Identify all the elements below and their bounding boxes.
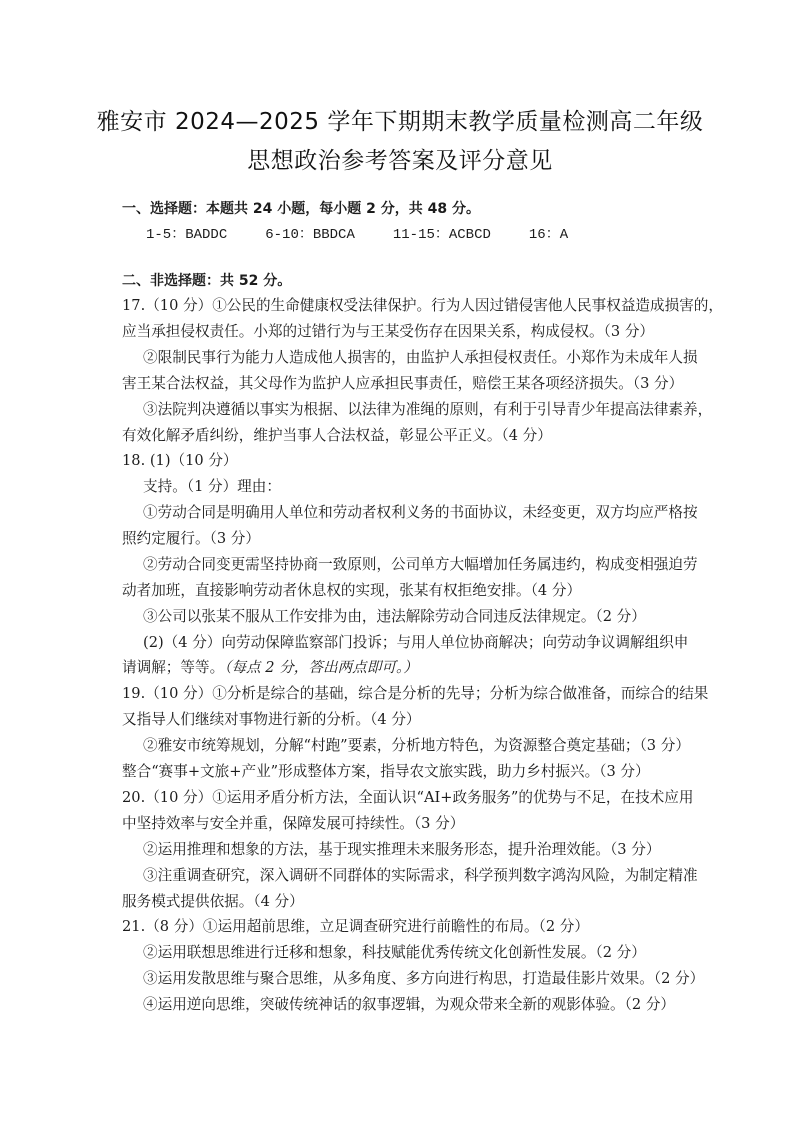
- answer-group-6-10: 6-10：BBDCA: [265, 225, 355, 245]
- answer-range: 16：: [529, 225, 560, 245]
- q19-line-3: ②雅安市统筹规划，分解“村跑”要素，分析地方特色，为资源整合奠定基础；（3 分）: [143, 736, 690, 756]
- q18-line-8: (2)（4 分）向劳动保障监察部门投诉；与用人单位协商解决；向劳动争议调解组织申: [143, 633, 688, 653]
- section2-heading: 二、非选择题：共 52 分。: [122, 271, 291, 291]
- q21-line-2: ②运用联想思维进行迁移和想象，科技赋能优秀传统文化创新性发展。（2 分）: [143, 943, 646, 963]
- q17-line-5: ③法院判决遵循以事实为根据、以法律为准绳的原则，有利于引导青少年提高法律素养，: [143, 400, 712, 420]
- q17-line-4: 害王某合法权益，其父母作为监护人应承担民事责任，赔偿王某各项经济损失。（3 分）: [122, 374, 683, 394]
- q18-line-9-text: 请调解；等等。: [122, 659, 224, 676]
- q18-line-2: 支持。（1 分）理由：: [143, 477, 281, 497]
- q20-line-2: 中坚持效率与安全并重，保障发展可持续性。（3 分）: [122, 814, 464, 834]
- choice-answers-row: 1-5：BADDC6-10：BBDCA11-15：ACBCD16：A: [146, 225, 568, 245]
- q20-line-1: 20.（10 分）①运用矛盾分析方法，全面认识“AI+政务服务”的优势与不足，在…: [122, 788, 693, 808]
- q20-line-4: ③注重调查研究，深入调研不同群体的实际需求，科学预判数字鸿沟风险，为制定精准: [143, 866, 698, 886]
- document-subtitle: 思想政治参考答案及评分意见: [0, 142, 800, 175]
- answer-key-page: 雅安市 2024—2025 学年下期期末教学质量检测高二年级 思想政治参考答案及…: [0, 0, 800, 1131]
- q19-line-2: 又指导人们继续对事物进行新的分析。（4 分）: [122, 710, 421, 730]
- section1-heading: 一、选择题：本题共 24 小题，每小题 2 分，共 48 分。: [122, 199, 480, 219]
- document-title: 雅安市 2024—2025 学年下期期末教学质量检测高二年级: [0, 103, 800, 136]
- answer-value: A: [560, 225, 568, 245]
- q17-line-6: 有效化解矛盾纠纷，维护当事人合法权益，彰显公平正义。（4 分）: [122, 426, 552, 446]
- q20-line-5: 服务模式提供依据。（4 分）: [122, 892, 304, 912]
- q18-line-1: 18. (1)（10 分）: [122, 451, 238, 471]
- q19-line-4: 整合“赛事+文旅+产业”形成整体方案，指导农文旅实践，助力乡村振兴。（3 分）: [122, 762, 650, 782]
- answer-value: BBDCA: [313, 225, 355, 245]
- q18-line-5: ②劳动合同变更需坚持协商一致原则，公司单方大幅增加任务属违约，构成变相强迫劳: [143, 555, 698, 575]
- q21-line-4: ④运用逆向思维，突破传统神话的叙事逻辑，为观众带来全新的观影体验。（2 分）: [143, 995, 675, 1015]
- q18-line-7: ③公司以张某不服从工作安排为由，违法解除劳动合同违反法律规定。（2 分）: [143, 607, 646, 627]
- q17-line-1: 17.（10 分）①公民的生命健康权受法律保护。行为人因过错侵害他人民事权益造成…: [122, 296, 723, 316]
- answer-range: 6-10：: [265, 225, 313, 245]
- q18-scoring-note: （每点 2 分，答出两点即可。）: [224, 659, 418, 676]
- answer-group-11-15: 11-15：ACBCD: [393, 225, 491, 245]
- answer-range: 1-5：: [146, 225, 185, 245]
- q21-line-3: ③运用发散思维与聚合思维，从多角度、多方向进行构思，打造最佳影片效果。（2 分）: [143, 969, 704, 989]
- answer-range: 11-15：: [393, 225, 449, 245]
- q18-line-9: 请调解；等等。（每点 2 分，答出两点即可。）: [122, 658, 418, 678]
- q19-line-1: 19.（10 分）①分析是综合的基础，综合是分析的先导；分析为综合做准备，而综合…: [122, 684, 708, 704]
- q17-line-2: 应当承担侵权责任。小郑的过错行为与王某受伤存在因果关系，构成侵权。（3 分）: [122, 322, 654, 342]
- answer-value: BADDC: [185, 225, 227, 245]
- q18-line-3: ①劳动合同是明确用人单位和劳动者权利义务的书面协议，未经变更，双方均应严格按: [143, 503, 698, 523]
- q18-line-6: 动者加班，直接影响劳动者休息权的实现，张某有权拒绝安排。（4 分）: [122, 581, 581, 601]
- q20-line-3: ②运用推理和想象的方法，基于现实推理未来服务形态，提升治理效能。（3 分）: [143, 840, 660, 860]
- q21-line-1: 21.（8 分）①运用超前思维，立足调查研究进行前瞻性的布局。（2 分）: [122, 917, 589, 937]
- q18-line-4: 照约定履行。（3 分）: [122, 529, 260, 549]
- answer-group-16: 16：A: [529, 225, 568, 245]
- answer-group-1-5: 1-5：BADDC: [146, 225, 227, 245]
- answer-value: ACBCD: [449, 225, 491, 245]
- q17-line-3: ②限制民事行为能力人造成他人损害的，由监护人承担侵权责任。小郑作为未成年人损: [143, 348, 698, 368]
